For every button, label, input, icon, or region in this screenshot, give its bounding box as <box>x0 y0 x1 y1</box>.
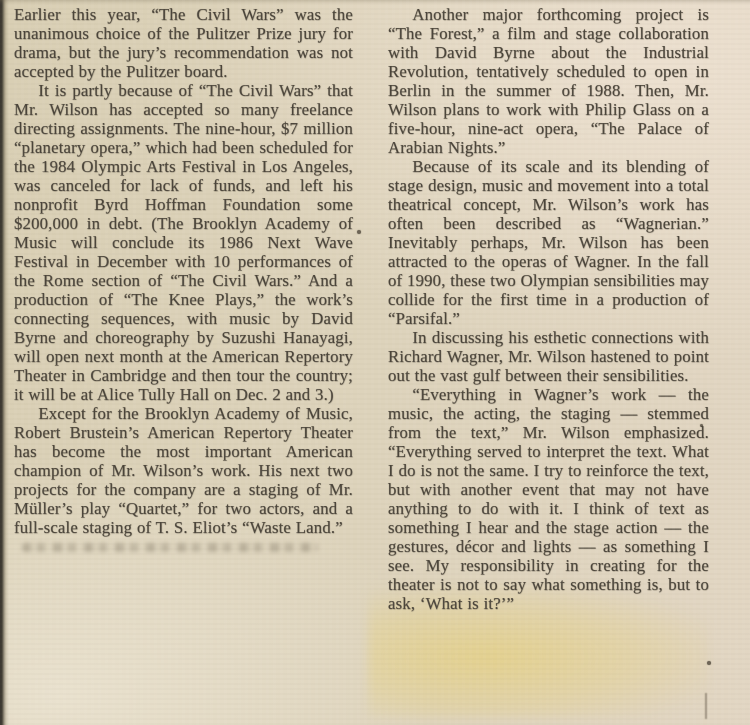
ink-speck <box>700 424 703 427</box>
article-paragraph-right-2: Because of its scale and its blending of… <box>388 157 709 328</box>
ink-speck <box>357 230 361 234</box>
scan-line-artifact <box>705 693 707 719</box>
article-column-right: Another major forthcoming project is “Th… <box>388 5 709 613</box>
article-column-left: Earlier this year, “The Civil Wars” was … <box>14 5 353 552</box>
article-paragraph-left-1: Earlier this year, “The Civil Wars” was … <box>14 5 353 81</box>
ink-speck <box>707 661 711 665</box>
article-paragraph-right-4: “Everything in Wagner’s work — the music… <box>388 385 709 613</box>
scan-edge-shadow <box>0 0 9 725</box>
article-paragraph-right-3: In discussing his esthetic connections w… <box>388 328 709 385</box>
article-paragraph-left-3: Except for the Brooklyn Academy of Music… <box>14 404 353 537</box>
scan-top-shadow <box>0 0 750 4</box>
article-paragraph-left-2: It is partly because of “The Civil Wars”… <box>14 81 353 404</box>
cutoff-print-artifact <box>22 543 318 552</box>
article-paragraph-right-1: Another major forthcoming project is “Th… <box>388 5 709 157</box>
newspaper-clipping: Earlier this year, “The Civil Wars” was … <box>0 0 750 725</box>
